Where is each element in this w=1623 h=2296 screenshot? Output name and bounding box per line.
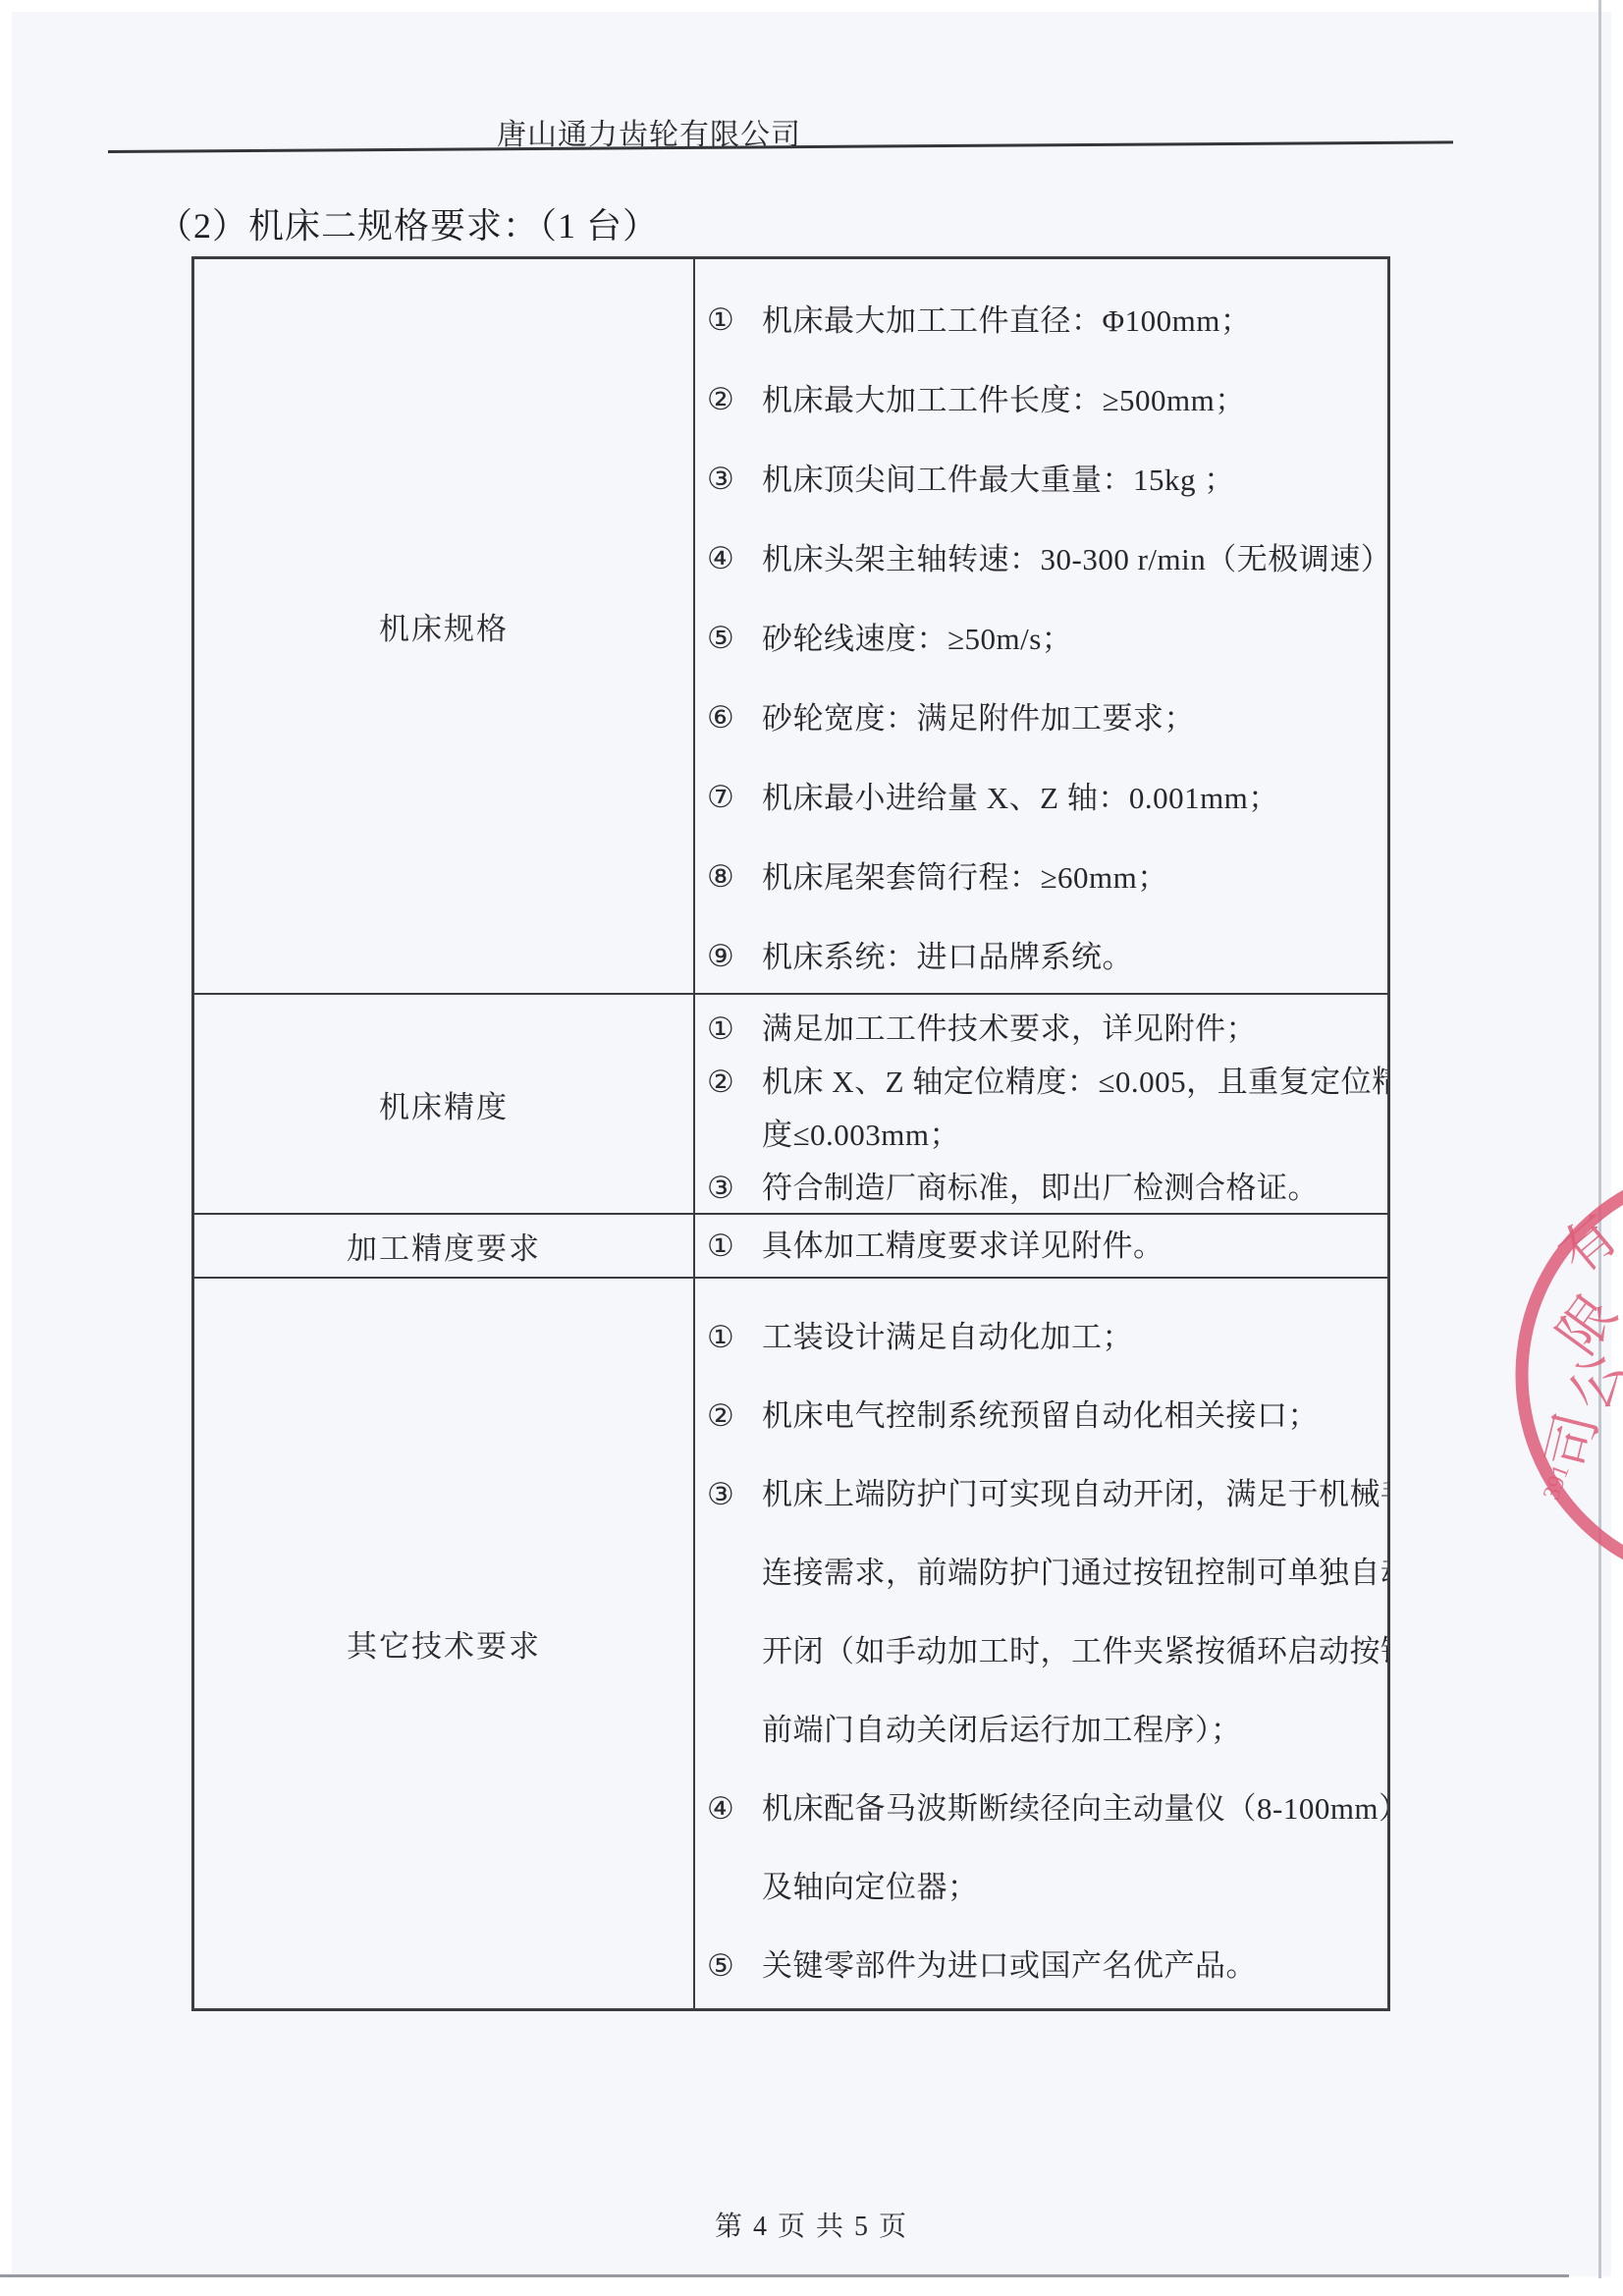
spec-item: ③符合制造厂商标准，即出厂检测合格证。: [707, 1162, 1387, 1213]
row-label: 其它技术要求: [194, 1279, 695, 2008]
spec-item: ①机床最大加工工件直径：Φ100mm；: [707, 281, 1387, 360]
item-number: ②: [707, 360, 746, 440]
item-number: ③: [707, 440, 746, 519]
item-number: ④: [707, 1770, 746, 1848]
row-content: ①具体加工精度要求详见附件。: [695, 1215, 1387, 1277]
item-number: ③: [707, 1455, 746, 1534]
row-content: ①满足加工工件技术要求，详见附件；②机床 X、Z 轴定位精度：≤0.005，且重…: [695, 995, 1387, 1213]
table-row-other-requirements: 其它技术要求 ①工装设计满足自动化加工；②机床电气控制系统预留自动化相关接口；③…: [194, 1279, 1387, 2008]
spec-item: ⑦机床最小进给量 X、Z 轴：0.001mm；: [707, 758, 1387, 838]
item-text: 机床最小进给量 X、Z 轴：0.001mm；: [762, 758, 1279, 838]
spec-item: ⑥砂轮宽度：满足附件加工要求；: [707, 679, 1387, 758]
item-text: 机床配备马波斯断续径向主动量仪（8-100mm）及轴向定位器；: [762, 1770, 1387, 1927]
spec-item: ③机床上端防护门可实现自动开闭，满足于机械手连接需求，前端防护门通过按钮控制可单…: [707, 1455, 1387, 1770]
item-number: ④: [707, 519, 746, 599]
item-number: ⑤: [707, 599, 746, 679]
spec-item: ①工装设计满足自动化加工；: [707, 1298, 1387, 1377]
item-number: ①: [707, 1003, 746, 1056]
row-content: ①机床最大加工工件直径：Φ100mm；②机床最大加工工件长度：≥500mm；③机…: [695, 259, 1387, 993]
item-number: ⑨: [707, 917, 746, 993]
item-text: 符合制造厂商标准，即出厂检测合格证。: [762, 1162, 1319, 1213]
item-text: 机床电气控制系统预留自动化相关接口；: [762, 1377, 1319, 1455]
spec-item: ②机床最大加工工件长度：≥500mm；: [707, 360, 1387, 440]
item-text: 满足加工工件技术要求，详见附件；: [762, 1003, 1257, 1056]
item-text: 机床最大加工工件直径：Φ100mm；: [762, 281, 1251, 360]
table-row-machining-accuracy: 加工精度要求 ①具体加工精度要求详见附件。: [194, 1215, 1387, 1279]
item-number: ⑤: [707, 1927, 746, 2005]
spec-item: ②机床 X、Z 轴定位精度：≤0.005，且重复定位精度≤0.003mm；: [707, 1056, 1387, 1162]
item-number: ①: [707, 281, 746, 360]
spec-item: ②机床电气控制系统预留自动化相关接口；: [707, 1377, 1387, 1455]
item-text: 具体加工精度要求详见附件。: [762, 1217, 1164, 1276]
row-content: ①工装设计满足自动化加工；②机床电气控制系统预留自动化相关接口；③机床上端防护门…: [695, 1279, 1387, 2008]
spec-item: ⑧机床尾架套筒行程：≥60mm；: [707, 838, 1387, 917]
row-label: 机床精度: [194, 995, 695, 1213]
spec-item: ①具体加工精度要求详见附件。: [707, 1217, 1164, 1276]
item-text: 关键零部件为进口或国产名优产品。: [762, 1927, 1257, 2005]
item-number: ①: [707, 1217, 746, 1276]
spec-item: ⑤关键零部件为进口或国产名优产品。: [707, 1927, 1387, 2005]
scan-edge-right: [1598, 0, 1601, 2278]
item-number: ⑧: [707, 838, 746, 917]
item-text: 机床头架主轴转速：30-300 r/min（无极调速）;: [762, 519, 1387, 599]
item-number: ⑦: [707, 758, 746, 838]
item-number: ②: [707, 1056, 746, 1109]
stamp-char-1: 有: [1548, 1204, 1623, 1285]
spec-item: ④机床配备马波斯断续径向主动量仪（8-100mm）及轴向定位器；: [707, 1770, 1387, 1927]
spec-table: 机床规格 ①机床最大加工工件直径：Φ100mm；②机床最大加工工件长度：≥500…: [191, 256, 1390, 2011]
item-text: 工装设计满足自动化加工；: [762, 1298, 1133, 1377]
item-text: 砂轮线速度：≥50m/s；: [762, 599, 1072, 679]
table-row-machine-accuracy: 机床精度 ①满足加工工件技术要求，详见附件；②机床 X、Z 轴定位精度：≤0.0…: [194, 995, 1387, 1215]
stamp-char-3: 公: [1559, 1344, 1623, 1419]
page-number: 第 4 页 共 5 页: [0, 2205, 1623, 2244]
spec-item: ④机床头架主轴转速：30-300 r/min（无极调速）;: [707, 519, 1387, 599]
row-label: 机床规格: [194, 259, 695, 993]
company-seal-stamp: 有 限 公 司 391: [1492, 1188, 1623, 1581]
spec-item: ⑤砂轮线速度：≥50m/s；: [707, 599, 1387, 679]
item-text: 机床 X、Z 轴定位精度：≤0.005，且重复定位精度≤0.003mm；: [762, 1056, 1387, 1162]
item-number: ⑥: [707, 679, 746, 758]
spec-item: ⑨机床系统：进口品牌系统。: [707, 917, 1387, 993]
item-number: ②: [707, 1377, 746, 1455]
item-number: ③: [707, 1162, 746, 1213]
spec-item: ③机床顶尖间工件最大重量：15kg ；: [707, 440, 1387, 519]
item-text: 机床顶尖间工件最大重量：15kg ；: [762, 440, 1235, 519]
item-text: 机床尾架套筒行程：≥60mm；: [762, 838, 1168, 917]
item-text: 机床最大加工工件长度：≥500mm；: [762, 360, 1246, 440]
row-label: 加工精度要求: [194, 1215, 695, 1277]
item-text: 机床系统：进口品牌系统。: [762, 917, 1133, 993]
spec-item: ①满足加工工件技术要求，详见附件；: [707, 1003, 1387, 1056]
scanned-document-page: 唐山通力齿轮有限公司 （2）机床二规格要求：（1 台） 机床规格 ①机床最大加工…: [0, 0, 1623, 2296]
item-number: ①: [707, 1298, 746, 1377]
scan-edge-bottom: [0, 2274, 1569, 2277]
item-text: 砂轮宽度：满足附件加工要求；: [762, 679, 1195, 758]
section-title: （2）机床二规格要求：（1 台）: [157, 198, 659, 248]
item-text: 机床上端防护门可实现自动开闭，满足于机械手连接需求，前端防护门通过按钮控制可单独…: [762, 1455, 1387, 1770]
table-row-machine-specs: 机床规格 ①机床最大加工工件直径：Φ100mm；②机床最大加工工件长度：≥500…: [194, 259, 1387, 995]
